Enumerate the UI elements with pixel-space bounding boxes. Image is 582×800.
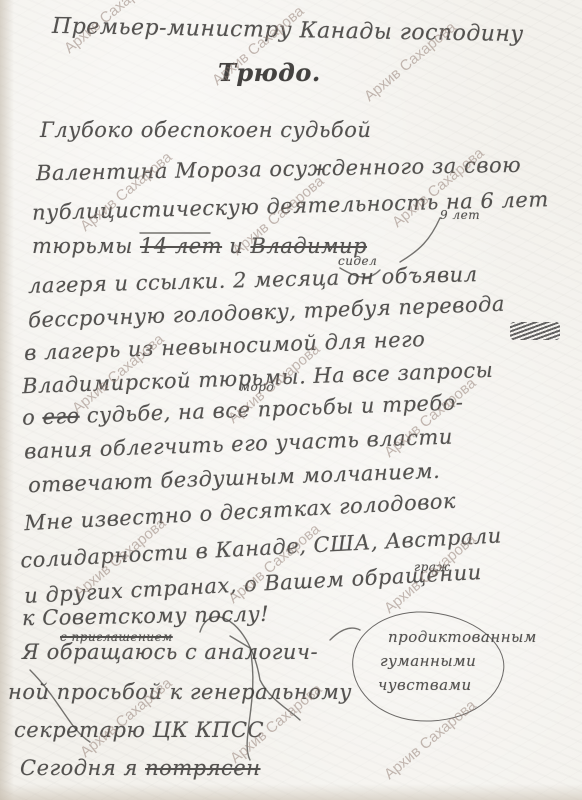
connector-to-note: [330, 628, 360, 640]
connector-loop-left: [30, 670, 90, 742]
insertion-caret: [340, 268, 380, 277]
archival-document-page: Премьер-министру Канады господину Трюдо.…: [0, 0, 582, 800]
